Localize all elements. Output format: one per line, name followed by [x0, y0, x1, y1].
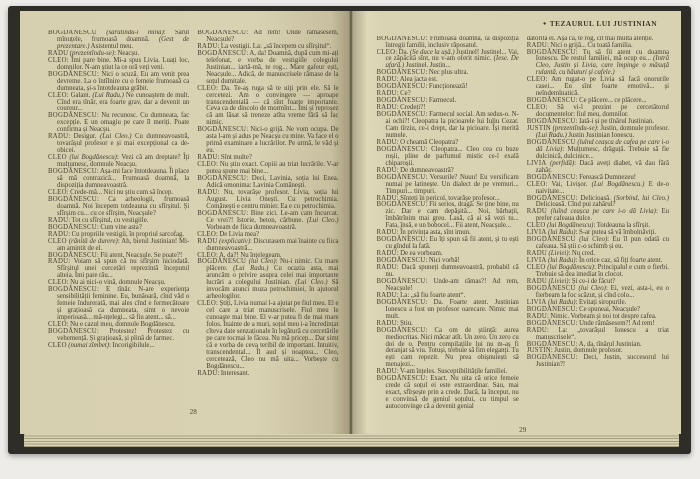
dialogue-line: RADU (explicativ): Discutasem mai înaint… [197, 239, 338, 253]
dialogue-line: BOGDĂNESCU: Ad rem! Unde rămăsesem, Neac… [197, 30, 338, 44]
dialogue-line: BOGDĂNESCU: Delicioasă. (Sorbind, lui Cl… [527, 196, 669, 210]
speaker-name: RADU [48, 231, 68, 238]
speaker-name: BOGDĂNESCU [527, 320, 576, 327]
dialogue-line: BOGDĂNESCU: Versurile? Nuuu! Eu versific… [377, 175, 519, 196]
speaker-name: CLEO [48, 92, 67, 99]
bullet-icon: ● [543, 21, 547, 27]
speaker-name: RADU [48, 133, 68, 140]
dialogue-line: BOGDĂNESCU: Protestez! Protestez cu vehe… [48, 329, 189, 343]
open-spread: BOGDĂNESCU (sărutîndu-i mîna): Sărut mîn… [20, 11, 681, 434]
dialogue-line: BOGDĂNESCU (lui Cleo): Eu îl pun odată c… [527, 237, 669, 251]
speaker-name: RADU [197, 154, 217, 161]
dialogue-line: RADU: Nu, tovarășe profesor. Livia, soți… [197, 190, 338, 211]
dialogue-line: BOGDĂNESCU: Nici-o grijă. Ne vom ocupa. … [197, 127, 338, 155]
text-column-3: BOGDĂNESCU: Frumoasă doamnă, la dispoziț… [377, 36, 519, 421]
speaker-name: BOGDĂNESCU [48, 168, 97, 175]
speaker-name: BOGDĂNESCU [527, 174, 576, 181]
speaker-name: BOGDĂNESCU [48, 328, 97, 335]
dialogue-line: CLEO: Da. Te-aș ruga să te uiți prin ele… [197, 86, 338, 128]
page-number-right: 29 [377, 426, 670, 434]
speaker-name: BOGDĂNESCU [197, 175, 246, 182]
dialogue-line: RADU (luînd ceașca pe care i-o dă Livia)… [527, 209, 669, 223]
dialogue-line: CLEO: Da. (Se duce la ușă.) Justinel! Ju… [377, 50, 519, 71]
speaker-name: BOGDĂNESCU [377, 327, 426, 334]
speaker-name: BOGDĂNESCU [377, 97, 426, 104]
dialogue-line: BOGDĂNESCU: Ca arheologii, frumoasă doam… [48, 197, 189, 218]
page-left-columns: BOGDĂNESCU (sărutîndu-i mîna): Sărut mîn… [48, 30, 339, 400]
speaker-name: RADU [527, 208, 547, 215]
dialogue-line: RADU: Desigur. (Lui Cleo.) Cu dumneavoas… [48, 134, 189, 155]
dialogue-line: CLEO (lui Bogdănescu): Vezi că am drepta… [48, 155, 189, 169]
speaker-name: RADU [527, 42, 547, 49]
dialogue-line: JUSTIN (prezentîndu-se): Justin, domnule… [527, 126, 669, 140]
speaker-name: BOGDĂNESCU [48, 252, 97, 259]
dialogue-line: CLEO: Am rugat-o pe Livia să facă onorur… [527, 77, 669, 98]
speaker-name: BOGDĂNESCU [197, 258, 246, 265]
speaker-name: BOGDĂNESCU [48, 286, 97, 293]
speaker-name: BOGDĂNESCU [48, 71, 97, 78]
speaker-name: CLEO [527, 264, 546, 271]
speaker-name: BOGDĂNESCU [197, 30, 246, 36]
dialogue-line: RADU: Voiam să spun că nu sfîrșim niciod… [48, 259, 189, 280]
dialogue-line: RADU: La: „tovarășul Ionescu a triat man… [527, 328, 669, 342]
dialogue-line: BOGDĂNESCU: Da. Foarte atent. Justinian … [377, 300, 519, 321]
speaker-name: CLEO [48, 342, 67, 349]
page-number-left: 28 [48, 408, 339, 416]
dialogue-line: BOGDĂNESCU: Deci, Lavinia, soția lui Ene… [197, 176, 338, 190]
speaker-name: RADU [48, 217, 68, 224]
speaker-name: CLEO [197, 161, 216, 168]
speaker-name: CLEO [48, 321, 67, 328]
dialogue-line: BOGDĂNESCU: Exact. Nu uita că orice feme… [377, 376, 519, 411]
speaker-name: BOGDĂNESCU [377, 257, 426, 264]
speaker-name: BOGDĂNESCU [377, 201, 426, 208]
speaker-name: BOGDĂNESCU [197, 50, 246, 57]
speaker-name: LIVIA [527, 299, 547, 306]
speaker-name: RADU [48, 258, 68, 265]
speaker-name: CLEO [527, 104, 546, 111]
dialogue-line: CLEO: Știți, Livia numai l-a ajutat pe f… [197, 301, 338, 371]
dialogue-line: CLEO: Să vi-l prezint pe cercetătorul do… [527, 105, 669, 119]
speaker-name: CLEO [527, 222, 546, 229]
dialogue-line: CLEO (rănită de durere): Ah, bietul Just… [48, 239, 189, 253]
speaker-name: CLEO [48, 189, 67, 196]
speaker-name: BOGDĂNESCU [527, 49, 576, 56]
speaker-name: RADU [527, 327, 547, 334]
page-stack-edge [24, 434, 679, 447]
book-photo: BOGDĂNESCU (sărutîndu-i mîna): Sărut mîn… [0, 0, 700, 479]
speaker-name: RADU [527, 278, 547, 285]
speaker-name: RADU [377, 292, 397, 299]
dialogue-line: RADU: Dacă spuneți dumneavoastră, probab… [377, 265, 519, 279]
dialogue-line: BOGDĂNESCU: Așa-mi face întotdeauna. Îi … [48, 169, 189, 190]
speaker-name: BOGDĂNESCU [527, 195, 576, 202]
dialogue-line: LIVIA (perfidă): Dacă aveți diabet, vă d… [527, 161, 669, 175]
dialogue-line: BOGDĂNESCU: Tu să fii atent cu doamna Io… [527, 50, 669, 78]
speaker-name: BOGDĂNESCU [377, 174, 426, 181]
dialogue-line: RADU: Interesant. [197, 371, 338, 378]
speaker-name: CLEO [48, 57, 67, 64]
speaker-name: BOGDĂNESCU [377, 299, 426, 306]
speaker-name: CLEO [48, 238, 67, 245]
speaker-name: RADU [377, 320, 397, 327]
speaker-name: BOGDĂNESCU [377, 83, 426, 90]
dialogue-line: BOGDĂNESCU: Ca om de știință: aurea medi… [377, 328, 519, 370]
dialogue-line: BOGDĂNESCU (sărutîndu-i mîna): Sărut mîn… [48, 30, 189, 51]
dialogue-line: BOGDĂNESCU: Frumoasă doamnă, la dispoziț… [377, 36, 519, 50]
speaker-name: BOGDĂNESCU [527, 118, 576, 125]
speaker-name: CLEO [197, 231, 216, 238]
speaker-name: RADU [197, 189, 217, 196]
dialogue-line: BOGDĂNESCU: Nu recunosc. Cu dumneata, fa… [48, 113, 189, 134]
speaker-name: BOGDĂNESCU [527, 285, 576, 292]
speaker-name: BOGDĂNESCU [377, 278, 426, 285]
speaker-name: BOGDĂNESCU [527, 341, 576, 348]
dialogue-line: CLEO: Vai, Livișor. (Lui Bogdănescu.) E … [527, 182, 669, 196]
speaker-name: CLEO [197, 85, 216, 92]
speaker-name: RADU [377, 167, 397, 174]
dialogue-line: BOGDĂNESCU: Farmecul social. Am sedus-o.… [377, 112, 519, 140]
dialogue-line: BOGDĂNESCU (lui Cleo): Nu-i nimic. Cu ma… [197, 259, 338, 301]
dialogue-line: CLEO (lui Bogdănescu): Principalul e cum… [527, 265, 669, 279]
dialogue-line: BOGDĂNESCU (luînd ceașca de cafea pe car… [527, 140, 669, 161]
speaker-name: LIVIA [527, 160, 547, 167]
speaker-name: BOGDĂNESCU [527, 236, 576, 243]
speaker-name: RADU [197, 238, 217, 245]
speaker-name: RADU [527, 313, 547, 320]
dialogue-line: BOGDĂNESCU: Unde-am rămas?! Ad rem, Neac… [377, 279, 519, 293]
dialogue-line: BOGDĂNESCU: Bine zici. Le-am cam încurca… [197, 211, 338, 232]
speaker-name: RADU [197, 43, 217, 50]
dialogue-line: BOGDĂNESCU: Nici o scuză. Eu am venit pr… [48, 72, 189, 93]
speaker-name: BOGDĂNESCU [527, 354, 576, 361]
speaker-name: RADU [48, 50, 68, 57]
speaker-name: CLEO [527, 181, 546, 188]
speaker-name: BOGDĂNESCU [527, 139, 576, 146]
page-right-columns: BOGDĂNESCU: Frumoasă doamnă, la dispoziț… [377, 36, 670, 421]
dialogue-line: BOGDĂNESCU: A, da! Doamnă, după cum mi-a… [197, 51, 338, 86]
speaker-name: RADU [197, 370, 217, 377]
text-column-4: datorită ei. Așa că, te rog, cît mai mul… [527, 36, 669, 421]
speaker-name: BOGDĂNESCU [527, 306, 576, 313]
dialogue-line: BOGDĂNESCU: Deci, Justin, succesorul lui… [527, 355, 669, 369]
dialogue-line: BOGDĂNESCU: E tînăr. N-are experiența se… [48, 287, 189, 322]
speaker-name: CLEO [197, 300, 216, 307]
speaker-name: BOGDĂNESCU [377, 36, 426, 42]
dialogue-line: CLEO: Îmi pare bine. Mi-a spus Livia. Lu… [48, 58, 189, 72]
speaker-name: BOGDĂNESCU [48, 30, 97, 36]
running-header: ●TEZAURUL LUI JUSTINIAN [377, 19, 670, 30]
speaker-name: BOGDĂNESCU [527, 97, 576, 104]
dialogue-line: CLEO: Nu știu exact. Copiii au triat luc… [197, 162, 338, 176]
speaker-name: BOGDĂNESCU [377, 146, 426, 153]
speaker-name: LIVIA [527, 257, 547, 264]
dialogue-line: BOGDĂNESCU: Fii serios, dragă. Se ține b… [377, 202, 519, 230]
text-column-2: BOGDĂNESCU: Ad rem! Unde rămăsesem, Neac… [197, 30, 338, 400]
speaker-name: BOGDĂNESCU [48, 224, 97, 231]
speaker-name: BOGDĂNESCU [197, 126, 246, 133]
speaker-name: BOGDĂNESCU [377, 69, 426, 76]
dialogue-line: BOGDĂNESCU (lui Cleo): Ei, vezi, asta-i,… [527, 286, 669, 300]
speaker-name: BOGDĂNESCU [377, 111, 426, 118]
running-header-title: TEZAURUL LUI JUSTINIAN [550, 19, 657, 28]
dialogue-line: BOGDĂNESCU: Eu îți spun să fii atent, și… [377, 237, 519, 251]
dialogue-line: BOGDĂNESCU: Cleopatra... Cleo cea cu buz… [377, 147, 519, 168]
speaker-name: BOGDĂNESCU [48, 112, 97, 119]
dialogue-line: CLEO (numai zîmbet): Incorigibilule... [48, 343, 189, 350]
speaker-name: RADU [377, 139, 397, 146]
speaker-name: BOGDĂNESCU [377, 236, 426, 243]
book-cover: BOGDĂNESCU (sărutîndu-i mîna): Sărut mîn… [8, 6, 691, 454]
page-left-28: BOGDĂNESCU (sărutîndu-i mîna): Sărut mîn… [20, 11, 351, 434]
page-right-29: ●TEZAURUL LUI JUSTINIAN BOGDĂNESCU: Frum… [351, 11, 682, 434]
speaker-name: JUSTIN [527, 125, 551, 132]
dialogue-line: CLEO: Galant. (Lui Radu.) Ne cunoaștem d… [48, 93, 189, 114]
text-column-1: BOGDĂNESCU (sărutîndu-i mîna): Sărut mîn… [48, 30, 189, 400]
speaker-name: BOGDĂNESCU [48, 196, 97, 203]
speaker-name: RADU [377, 264, 397, 271]
speaker-name: BOGDĂNESCU [377, 375, 426, 382]
speaker-name: CLEO [527, 76, 546, 83]
speaker-name: CLEO [48, 154, 67, 161]
speaker-name: BOGDĂNESCU [197, 210, 246, 217]
speaker-name: CLEO [377, 49, 396, 56]
